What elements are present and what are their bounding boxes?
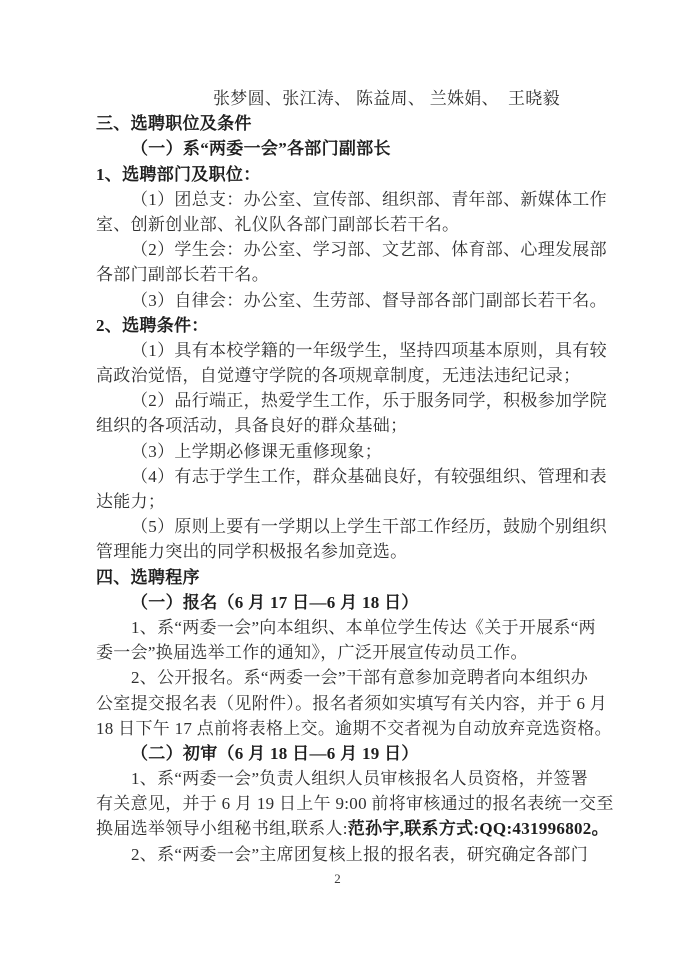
bold-text-run: 四、选聘程序 <box>96 568 200 587</box>
bold-text-run: 范孙宇,联系方式:QQ:431996802。 <box>348 819 609 838</box>
document-line: （2）品行端正，热爱学生工作，乐于服务同学，积极参加学院 <box>96 388 596 413</box>
text-run: 1、系“两委一会”负责人组织人员审核报名人员资格，并签署 <box>131 769 588 788</box>
text-run: 有关意见，并于 6 月 19 日上午 9:00 前将审核通过的报名表统一交至 <box>96 794 614 813</box>
document-line: （一）系“两委一会”各部门副部长 <box>96 136 596 161</box>
text-run: 张梦圆、张江涛、 陈益周、 兰姝娟、 王晓毅 <box>213 89 560 108</box>
document-line: 1、选聘部门及职位： <box>96 162 596 187</box>
text-run: 各部门副部长若干名。 <box>96 265 269 284</box>
document-line: 2、系“两委一会”主席团复核上报的报名表，研究确定各部门 <box>96 842 596 867</box>
document-line: 各部门副部长若干名。 <box>96 262 596 287</box>
text-run: 组织的各项活动，具备良好的群众基础； <box>96 416 407 435</box>
document-line: （二）初审（6 月 18 日—6 月 19 日） <box>96 741 596 766</box>
text-run: 换届选举领导小组秘书组,联系人: <box>96 819 348 838</box>
text-run: 18 日下午 17 点前将表格上交。逾期不交者视为自动放弃竞选资格。 <box>96 719 612 738</box>
text-run: 管理能力突出的同学积极报名参加竞选。 <box>96 542 407 561</box>
document-line: 三、选聘职位及条件 <box>96 111 596 136</box>
bold-text-run: （一）报名（6 月 17 日—6 月 18 日） <box>131 593 419 612</box>
text-run: （3）上学期必修课无重修现象； <box>131 442 382 461</box>
document-line: 换届选举领导小组秘书组,联系人:范孙宇,联系方式:QQ:431996802。 <box>96 816 596 841</box>
text-run: （5）原则上要有一学期以上学生干部工作经历，鼓励个别组织 <box>131 517 607 536</box>
document-line: 18 日下午 17 点前将表格上交。逾期不交者视为自动放弃竞选资格。 <box>96 716 596 741</box>
bold-text-run: 三、选聘职位及条件 <box>96 114 252 133</box>
document-line: 室、创新创业部、礼仪队各部门副部长若干名。 <box>96 212 596 237</box>
text-run: （2）品行端正，热爱学生工作，乐于服务同学，积极参加学院 <box>131 391 607 410</box>
document-body: 张梦圆、张江涛、 陈益周、 兰姝娟、 王晓毅三、选聘职位及条件（一）系“两委一会… <box>96 86 596 867</box>
document-line: 四、选聘程序 <box>96 565 596 590</box>
document-line: 1、系“两委一会”向本组织、本单位学生传达《关于开展系“两 <box>96 615 596 640</box>
document-line: 张梦圆、张江涛、 陈益周、 兰姝娟、 王晓毅 <box>96 86 596 111</box>
text-run: 公室提交报名表（见附件）。报名者须如实填写有关内容，并于 6 月 <box>96 694 607 713</box>
document-line: （4）有志于学生工作，群众基础良好，有较强组织、管理和表 <box>96 464 596 489</box>
document-line: （1）具有本校学籍的一年级学生，坚持四项基本原则，具有较 <box>96 338 596 363</box>
bold-text-run: （一）系“两委一会”各部门副部长 <box>131 139 391 158</box>
bold-text-run: 2、选聘条件： <box>96 316 209 335</box>
document-line: 1、系“两委一会”负责人组织人员审核报名人员资格，并签署 <box>96 766 596 791</box>
text-run: （4）有志于学生工作，群众基础良好，有较强组织、管理和表 <box>131 467 607 486</box>
bold-text-run: 1、选聘部门及职位： <box>96 165 261 184</box>
text-run: 1、系“两委一会”向本组织、本单位学生传达《关于开展系“两 <box>131 618 596 637</box>
document-line: （3）上学期必修课无重修现象； <box>96 439 596 464</box>
bold-text-run: （二）初审（6 月 18 日—6 月 19 日） <box>131 744 419 763</box>
document-line: （1）团总支：办公室、宣传部、组织部、青年部、新媒体工作 <box>96 187 596 212</box>
text-run: （1）具有本校学籍的一年级学生，坚持四项基本原则，具有较 <box>131 341 607 360</box>
document-page: 张梦圆、张江涛、 陈益周、 兰姝娟、 王晓毅三、选聘职位及条件（一）系“两委一会… <box>0 0 675 955</box>
text-run: 2、系“两委一会”主席团复核上报的报名表，研究确定各部门 <box>131 845 588 864</box>
document-line: 2、公开报名。系“两委一会”干部有意参加竞聘者向本组织办 <box>96 665 596 690</box>
document-line: 公室提交报名表（见附件）。报名者须如实填写有关内容，并于 6 月 <box>96 691 596 716</box>
document-line: 达能力； <box>96 489 596 514</box>
text-run: （1）团总支：办公室、宣传部、组织部、青年部、新媒体工作 <box>131 190 607 209</box>
page-number: 2 <box>0 870 675 888</box>
document-line: （3）自律会：办公室、生劳部、督导部各部门副部长若干名。 <box>96 288 596 313</box>
text-run: 高政治觉悟，自觉遵守学院的各项规章制度，无违法违纪记录； <box>96 366 580 385</box>
text-run: 室、创新创业部、礼仪队各部门副部长若干名。 <box>96 215 459 234</box>
document-line: 组织的各项活动，具备良好的群众基础； <box>96 413 596 438</box>
text-run: （3）自律会：办公室、生劳部、督导部各部门副部长若干名。 <box>131 291 607 310</box>
text-run: 达能力； <box>96 492 165 511</box>
document-line: 委一会”换届选举工作的通知》，广泛开展宣传动员工作。 <box>96 640 596 665</box>
document-line: （5）原则上要有一学期以上学生干部工作经历，鼓励个别组织 <box>96 514 596 539</box>
document-line: （2）学生会：办公室、学习部、文艺部、体育部、心理发展部 <box>96 237 596 262</box>
document-line: 管理能力突出的同学积极报名参加竞选。 <box>96 539 596 564</box>
text-run: （2）学生会：办公室、学习部、文艺部、体育部、心理发展部 <box>131 240 607 259</box>
text-run: 2、公开报名。系“两委一会”干部有意参加竞聘者向本组织办 <box>131 668 588 687</box>
text-run: 委一会”换届选举工作的通知》，广泛开展宣传动员工作。 <box>96 643 528 662</box>
document-line: 有关意见，并于 6 月 19 日上午 9:00 前将审核通过的报名表统一交至 <box>96 791 596 816</box>
document-line: 2、选聘条件： <box>96 313 596 338</box>
document-line: （一）报名（6 月 17 日—6 月 18 日） <box>96 590 596 615</box>
document-line: 高政治觉悟，自觉遵守学院的各项规章制度，无违法违纪记录； <box>96 363 596 388</box>
